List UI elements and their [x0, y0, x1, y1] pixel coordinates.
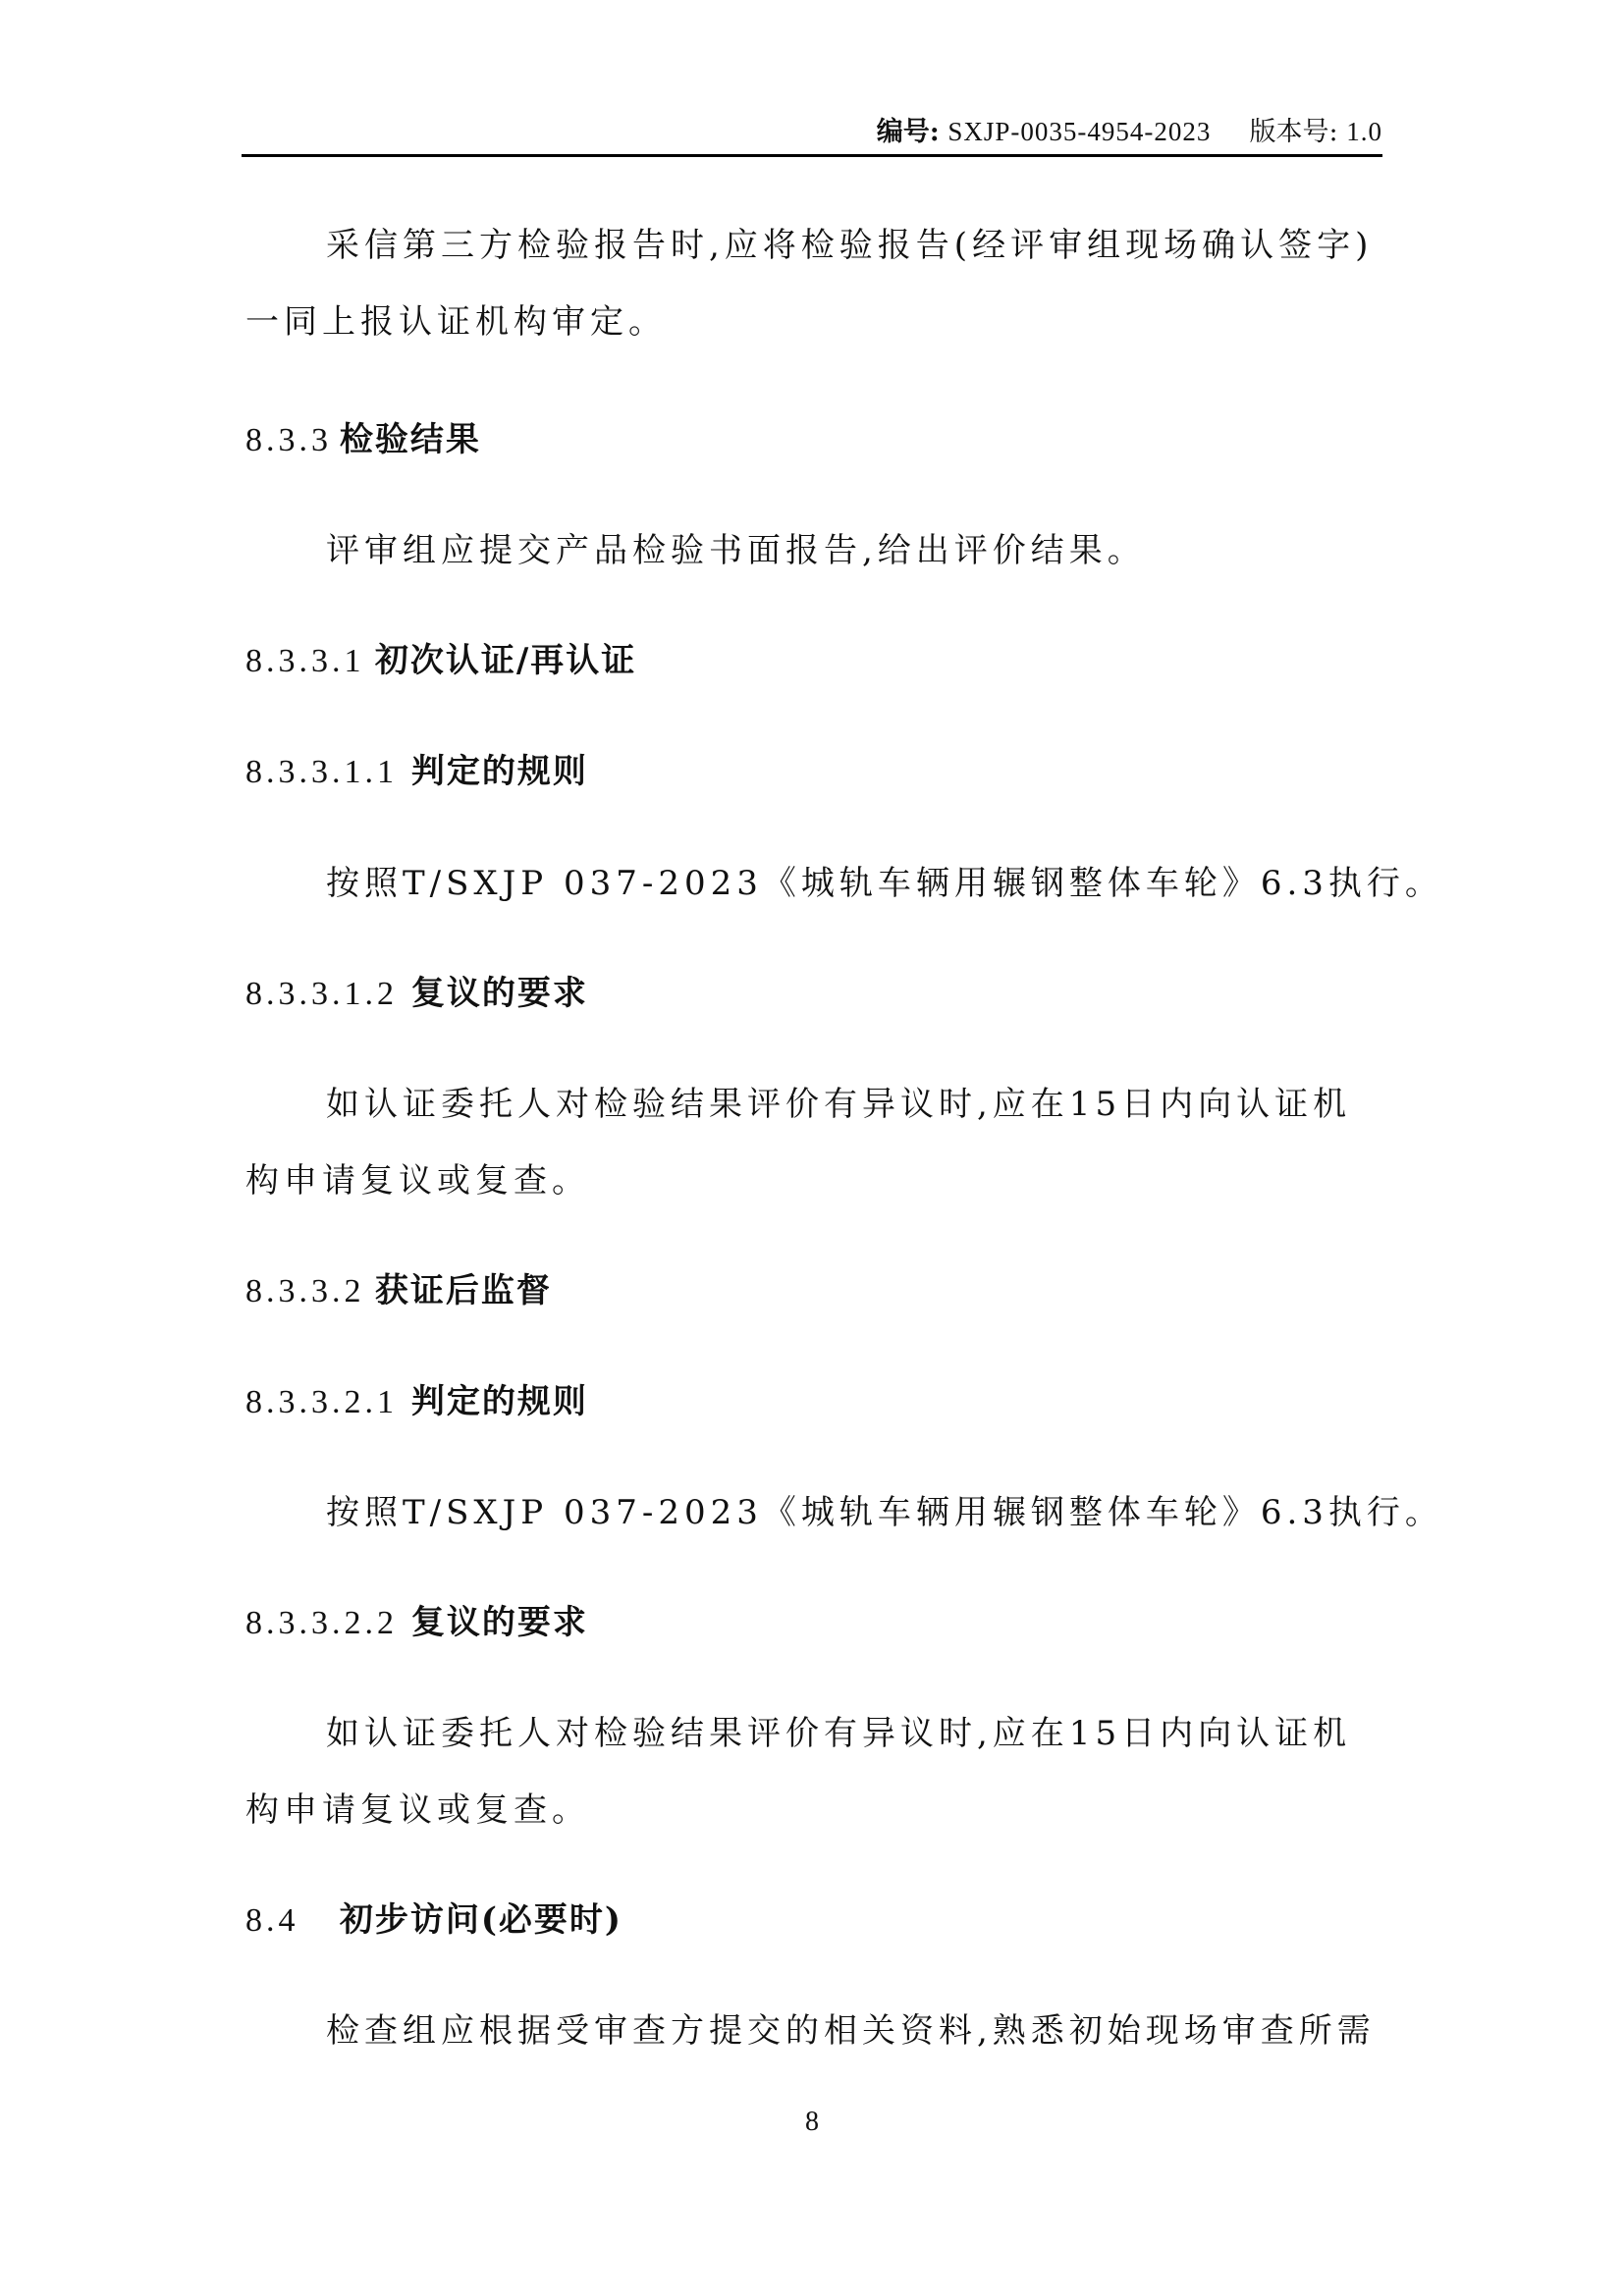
page-header: 编号: SXJP-0035-4954-2023 版本号: 1.0 — [242, 110, 1382, 153]
section-heading-8-3-3-1-2: 8.3.3.1.2 复议的要求 — [245, 966, 1384, 1014]
section-heading-8-3-3: 8.3.3 检验结果 — [245, 412, 1384, 460]
section-number: 8.3.3.2 — [245, 1273, 361, 1310]
section-number: 8.4 — [245, 1902, 326, 1940]
paragraph-reconsideration-2-line1: 如认证委托人对检验结果评价有异议时,应在15日内向认证机 — [245, 1706, 1465, 1754]
document-code-value: SXJP-0035-4954-2023 — [947, 117, 1211, 146]
section-heading-8-4: 8.4 初步访问(必要时) — [245, 1893, 1384, 1941]
section-number: 8.3.3.1.1 — [245, 754, 398, 791]
section-heading-8-3-3-2: 8.3.3.2 获证后监督 — [245, 1263, 1384, 1311]
version-label: 版本号: — [1250, 117, 1338, 147]
header-divider — [242, 154, 1382, 157]
page-number: 8 — [0, 2107, 1624, 2138]
section-number: 8.3.3.1 — [245, 643, 361, 680]
section-heading-8-3-3-2-2: 8.3.3.2.2 复议的要求 — [245, 1595, 1384, 1643]
section-title: 复议的要求 — [411, 1603, 588, 1642]
paragraph-reconsideration-2-line2: 构申请复议或复查。 — [245, 1783, 1384, 1831]
paragraph-judgment-rule-1: 按照T/SXJP 037-2023《城轨车辆用辗钢整体车轮》6.3执行。 — [245, 856, 1465, 904]
version-value: 1.0 — [1346, 117, 1382, 146]
section-title: 判定的规则 — [411, 752, 588, 791]
paragraph-third-party-report-line1: 采信第三方检验报告时,应将检验报告(经评审组现场确认签字) — [245, 218, 1465, 266]
paragraph-third-party-report-line2: 一同上报认证机构审定。 — [245, 294, 1384, 343]
section-title: 初次认证/再认证 — [375, 641, 636, 680]
section-title: 检验结果 — [340, 420, 481, 459]
document-code-label: 编号: — [877, 117, 940, 147]
section-heading-8-3-3-1-1: 8.3.3.1.1 判定的规则 — [245, 744, 1384, 792]
section-title: 获证后监督 — [375, 1271, 552, 1310]
section-number: 8.3.3.2.1 — [245, 1384, 398, 1421]
section-heading-8-3-3-2-1: 8.3.3.2.1 判定的规则 — [245, 1374, 1384, 1422]
paragraph-judgment-rule-2: 按照T/SXJP 037-2023《城轨车辆用辗钢整体车轮》6.3执行。 — [245, 1485, 1465, 1533]
section-number: 8.3.3.1.2 — [245, 976, 398, 1013]
section-heading-8-3-3-1: 8.3.3.1 初次认证/再认证 — [245, 633, 1384, 681]
paragraph-preliminary-visit: 检查组应根据受审查方提交的相关资料,熟悉初始现场审查所需 — [245, 2003, 1465, 2052]
section-number: 8.3.3 — [245, 422, 326, 459]
paragraph-inspection-report: 评审组应提交产品检验书面报告,给出评价结果。 — [245, 523, 1465, 571]
section-number: 8.3.3.2.2 — [245, 1605, 398, 1642]
paragraph-reconsideration-1-line1: 如认证委托人对检验结果评价有异议时,应在15日内向认证机 — [245, 1077, 1465, 1125]
section-title: 判定的规则 — [411, 1382, 588, 1421]
section-title: 初步访问(必要时) — [340, 1900, 623, 1940]
paragraph-reconsideration-1-line2: 构申请复议或复查。 — [245, 1153, 1384, 1201]
section-title: 复议的要求 — [411, 974, 588, 1013]
